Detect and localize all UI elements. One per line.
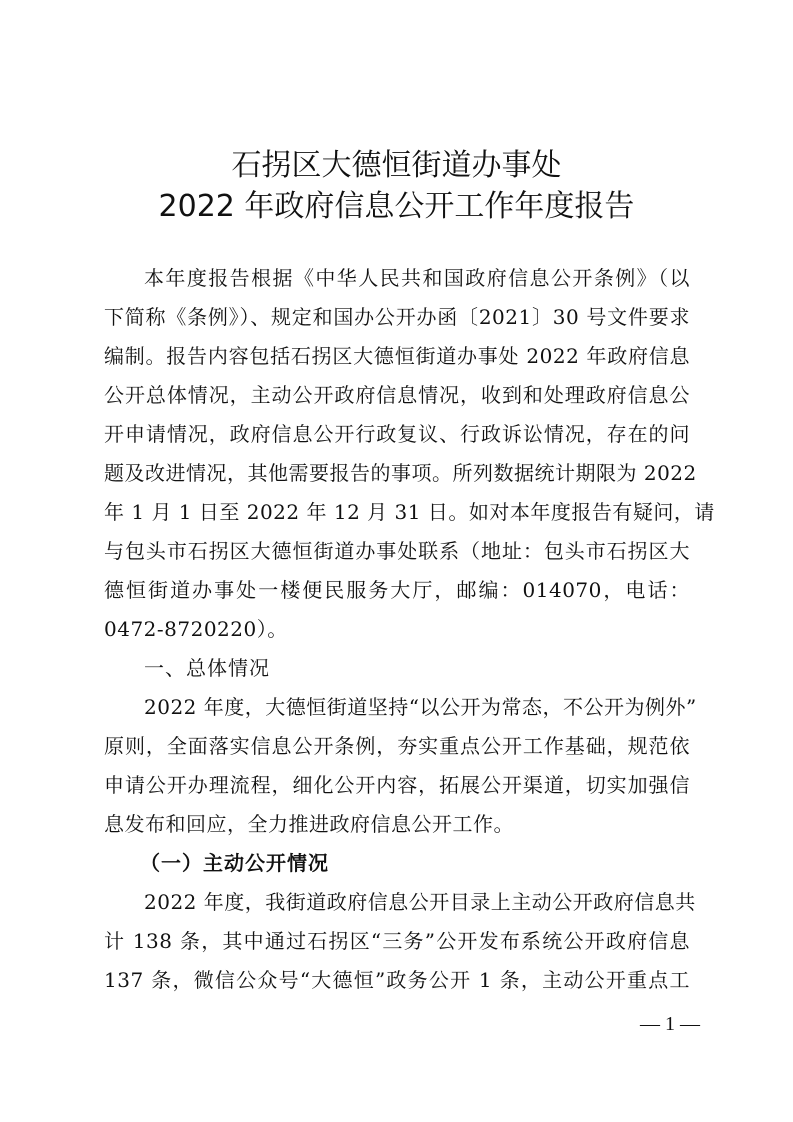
intro-line: 下简称《条例》）、规定和国办公开办函〔2021〕30 号文件要求 — [104, 301, 690, 330]
subsection1-line: 计 138 条，其中通过石拐区“三务”公开发布系统公开政府信息 — [104, 925, 690, 954]
subsection1-line: 137 条，微信公众号“大德恒”政务公开 1 条，主动公开重点工 — [104, 964, 690, 993]
intro-line: 题及改进情况，其他需要报告的事项。所列数据统计期限为 2022 — [104, 457, 690, 486]
subsection-heading-proactive-disclosure: （一）主动公开情况 — [140, 847, 329, 876]
document-page: 石拐区大德恒街道办事处 2022 年政府信息公开工作年度报告 本年度报告根据《中… — [0, 0, 793, 1122]
section1-line: 原则，全面落实信息公开条例，夯实重点公开工作基础，规范依 — [104, 730, 690, 759]
section1-line: 息发布和回应，全力推进政府信息公开工作。 — [104, 808, 690, 837]
intro-line: 编制。报告内容包括石拐区大德恒街道办事处 2022 年政府信息 — [104, 340, 690, 369]
intro-line: 开申请情况，政府信息公开行政复议、行政诉讼情况，存在的问 — [104, 418, 690, 447]
intro-line: 公开总体情况，主动公开政府信息情况，收到和处理政府信息公 — [104, 379, 690, 408]
intro-line: 德恒街道办事处一楼便民服务大厅，邮编：014070，电话： — [104, 574, 690, 603]
intro-line: 本年度报告根据《中华人民共和国政府信息公开条例》（以 — [144, 262, 690, 291]
section-heading-overview: 一、总体情况 — [144, 652, 270, 681]
intro-line: 与包头市石拐区大德恒街道办事处联系（地址：包头市石拐区大 — [104, 535, 690, 564]
intro-line: 0472-8720220）。 — [104, 613, 690, 642]
document-title-line-1: 石拐区大德恒街道办事处 — [0, 140, 793, 184]
intro-line: 年 1 月 1 日至 2022 年 12 月 31 日。如对本年度报告有疑问，请 — [104, 496, 690, 525]
page-number: — 1 — — [620, 1013, 720, 1036]
section1-line: 2022 年度，大德恒街道坚持“以公开为常态，不公开为例外” — [144, 691, 690, 720]
document-title-line-2: 2022 年政府信息公开工作年度报告 — [0, 181, 793, 225]
subsection1-line: 2022 年度，我街道政府信息公开目录上主动公开政府信息共 — [144, 886, 690, 915]
section1-line: 申请公开办理流程，细化公开内容，拓展公开渠道，切实加强信 — [104, 769, 690, 798]
